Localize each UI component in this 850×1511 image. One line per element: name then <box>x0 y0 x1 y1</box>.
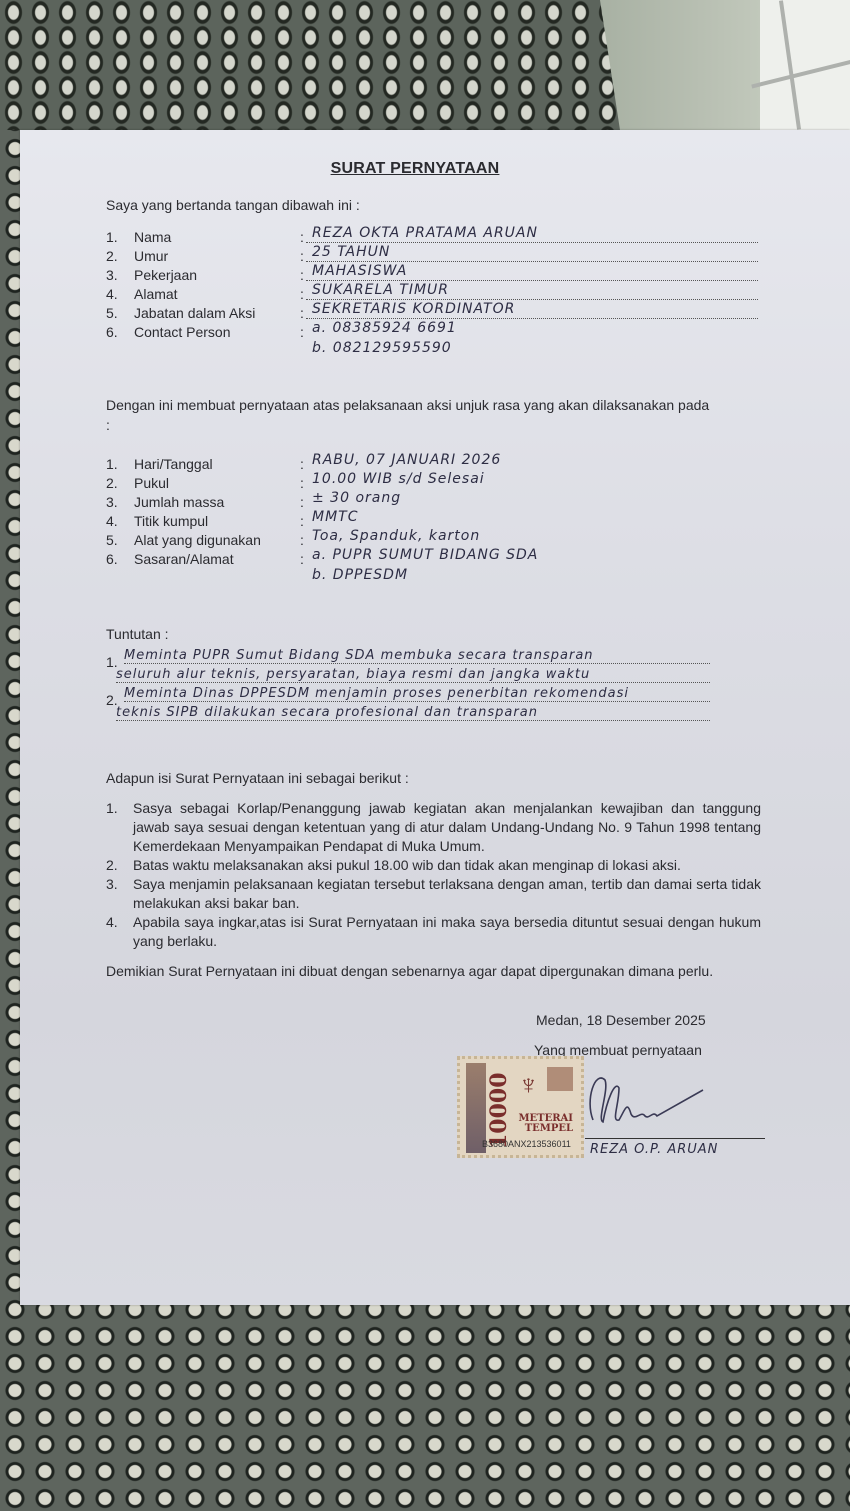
colon: : <box>300 475 304 491</box>
action-row: 1.Hari/Tanggal <box>106 456 213 475</box>
dotted-fill-line <box>124 701 710 702</box>
action-row: 2.Pukul <box>106 475 169 494</box>
action-row: 5.Alat yang digunakan <box>106 532 261 551</box>
identity-value: SUKARELA TIMUR <box>312 282 449 298</box>
row-label: Jumlah massa <box>134 494 224 510</box>
demand-line1: Meminta PUPR Sumut Bidang SDA membuka se… <box>124 648 594 663</box>
contents-item: 4.Apabila saya ingkar,atas isi Surat Per… <box>106 913 761 951</box>
row-label: Umur <box>134 248 168 264</box>
dotted-fill-line <box>306 280 758 281</box>
dotted-fill-line <box>116 682 710 683</box>
row-number: 3. <box>106 494 134 510</box>
contents-item: 2.Batas waktu melaksanakan aksi pukul 18… <box>106 856 761 875</box>
colon: : <box>300 494 304 510</box>
colon: : <box>300 267 304 283</box>
row-number: 4. <box>106 513 134 529</box>
stamp-serial: B3680ANX213536011 <box>482 1139 571 1149</box>
row-label: Alat yang digunakan <box>134 532 261 548</box>
action-row: 3.Jumlah massa <box>106 494 224 513</box>
document-paper: SURAT PERNYATAAN Saya yang bertanda tang… <box>20 130 850 1305</box>
identity-value: a. 08385924 6691 <box>312 320 457 336</box>
identity-row: 4.Alamat <box>106 286 178 305</box>
row-number: 3. <box>106 267 134 283</box>
signature-icon <box>575 1060 715 1140</box>
row-label: Contact Person <box>134 324 231 340</box>
colon: : <box>300 551 304 567</box>
colon: : <box>300 286 304 302</box>
row-number: 6. <box>106 324 134 340</box>
contents-item: 1.Sasya sebagai Korlap/Penanggung jawab … <box>106 799 761 856</box>
action-value: a. PUPR SUMUT BIDANG SDA <box>312 547 538 563</box>
row-number: 2. <box>106 248 134 264</box>
statement-colon: : <box>106 417 110 433</box>
action-value: 10.00 WIB s/d Selesai <box>312 471 485 487</box>
item-number: 3. <box>106 875 118 894</box>
closing-text: Demikian Surat Pernyataan ini dibuat den… <box>106 962 761 981</box>
row-number: 6. <box>106 551 134 567</box>
dotted-fill-line <box>306 261 758 262</box>
dotted-fill-line <box>124 663 710 664</box>
tile-background <box>760 0 850 130</box>
signature-line <box>585 1138 765 1139</box>
dotted-fill-line <box>116 720 710 721</box>
map-icon <box>547 1067 573 1091</box>
colon: : <box>300 513 304 529</box>
demand-line1: Meminta Dinas DPPESDM menjamin proses pe… <box>124 686 629 701</box>
colon: : <box>300 248 304 264</box>
identity-value: 25 TAHUN <box>312 244 390 260</box>
statement-text: Dengan ini membuat pernyataan atas pelak… <box>106 397 709 413</box>
place-date: Medan, 18 Desember 2025 <box>536 1012 706 1028</box>
action-value: ± 30 orang <box>312 490 401 506</box>
demand-line2: teknis SIPB dilakukan secara profesional… <box>116 705 538 720</box>
item-text: Batas waktu melaksanakan aksi pukul 18.0… <box>133 857 681 873</box>
item-text: Saya menjamin pelaksanaan kegiatan terse… <box>133 876 761 911</box>
demand-line2: seluruh alur teknis, persyaratan, biaya … <box>116 667 590 682</box>
item-number: 1. <box>106 799 118 818</box>
intro-text: Saya yang bertanda tangan dibawah ini : <box>106 197 360 213</box>
wall-background <box>600 0 780 130</box>
item-number: 2. <box>106 856 118 875</box>
item-text: Apabila saya ingkar,atas isi Surat Perny… <box>133 914 761 949</box>
row-number: 2. <box>106 475 134 491</box>
identity-row: 6.Contact Person <box>106 324 231 343</box>
dotted-fill-line <box>306 299 758 300</box>
contents-label: Adapun isi Surat Pernyataan ini sebagai … <box>106 770 409 786</box>
action-row: 6.Sasaran/Alamat <box>106 551 234 570</box>
identity-value: MAHASISWA <box>312 263 407 279</box>
colon: : <box>300 305 304 321</box>
colon: : <box>300 229 304 245</box>
item-text: Sasya sebagai Korlap/Penanggung jawab ke… <box>133 800 761 854</box>
stamp-word-tempel: TEMPEL <box>525 1123 573 1134</box>
row-label: Hari/Tanggal <box>134 456 213 472</box>
contact-b-value: b. 082129595590 <box>312 340 452 356</box>
row-label: Nama <box>134 229 171 245</box>
colon: : <box>300 324 304 340</box>
identity-row: 3.Pekerjaan <box>106 267 197 286</box>
dotted-fill-line <box>306 318 758 319</box>
revenue-stamp: 10000 ♆ METERAI TEMPEL B3680ANX213536011 <box>457 1056 584 1158</box>
identity-value: SEKRETARIS KORDINATOR <box>312 301 515 317</box>
colon: : <box>300 456 304 472</box>
target-b-value: b. DPPESDM <box>312 567 408 583</box>
row-label: Alamat <box>134 286 178 302</box>
row-label: Titik kumpul <box>134 513 208 529</box>
row-number: 4. <box>106 286 134 302</box>
row-label: Sasaran/Alamat <box>134 551 234 567</box>
action-value: MMTC <box>312 509 359 525</box>
row-label: Pukul <box>134 475 169 491</box>
contents-item: 3.Saya menjamin pelaksanaan kegiatan ter… <box>106 875 761 913</box>
document-title: SURAT PERNYATAAN <box>20 160 850 178</box>
row-label: Jabatan dalam Aksi <box>134 305 255 321</box>
row-number: 1. <box>106 456 134 472</box>
signer-name: REZA O.P. ARUAN <box>590 1142 718 1157</box>
identity-row: 1.Nama <box>106 229 171 248</box>
identity-value: REZA OKTA PRATAMA ARUAN <box>312 225 538 241</box>
action-value: RABU, 07 JANUARI 2026 <box>312 452 501 468</box>
row-label: Pekerjaan <box>134 267 197 283</box>
row-number: 1. <box>106 229 134 245</box>
demands-label: Tuntutan : <box>106 626 169 642</box>
row-number: 5. <box>106 532 134 548</box>
identity-row: 5.Jabatan dalam Aksi <box>106 305 255 324</box>
dotted-fill-line <box>306 242 758 243</box>
colon: : <box>300 532 304 548</box>
row-number: 5. <box>106 305 134 321</box>
action-value: Toa, Spanduk, karton <box>312 528 480 544</box>
item-number: 4. <box>106 913 118 932</box>
stamp-value: 10000 <box>486 1072 512 1149</box>
identity-row: 2.Umur <box>106 248 168 267</box>
action-row: 4.Titik kumpul <box>106 513 208 532</box>
garuda-emblem-icon: ♆ <box>518 1069 539 1101</box>
